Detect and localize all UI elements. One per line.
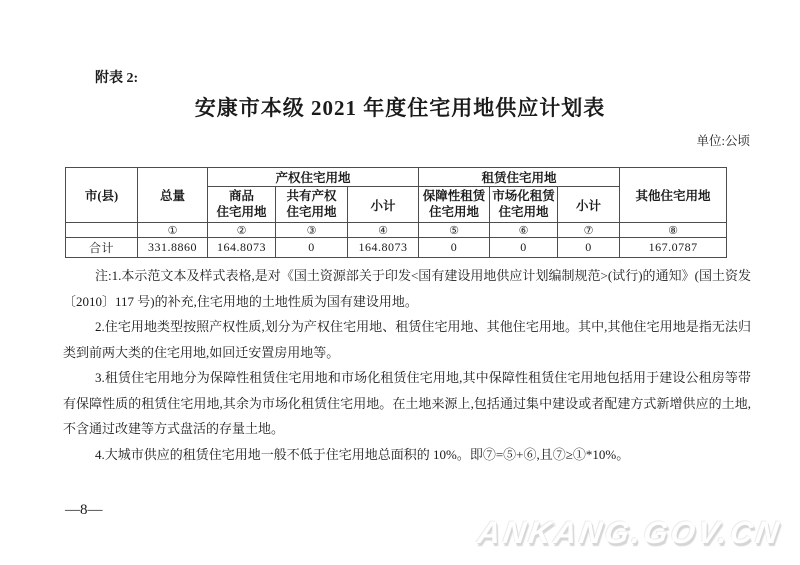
index-6: ⑥ xyxy=(490,223,558,238)
unit-label: 单位:公顷 xyxy=(697,131,750,149)
data-property-subtotal: 164.8073 xyxy=(348,238,419,258)
index-7: ⑦ xyxy=(558,223,620,238)
note-1: 注:1.本示范文本及样式表格,是对《国土资源部关于印发<国有建设用地供应计划编制… xyxy=(63,263,751,314)
land-supply-table: 市(县) 总量 产权住宅用地 租赁住宅用地 其他住宅用地 商品 住宅用地 共有产… xyxy=(65,167,727,258)
index-1: ① xyxy=(138,223,208,238)
data-market-rental: 0 xyxy=(490,238,558,258)
data-rental-subtotal: 0 xyxy=(558,238,620,258)
notes-section: 注:1.本示范文本及样式表格,是对《国土资源部关于印发<国有建设用地供应计划编制… xyxy=(63,263,751,467)
note-2: 2.住宅用地类型按照产权性质,划分为产权住宅用地、租赁住宅用地、其他住宅用地。其… xyxy=(63,314,751,365)
index-8: ⑧ xyxy=(620,223,727,238)
index-3: ③ xyxy=(276,223,348,238)
index-5: ⑤ xyxy=(419,223,490,238)
table-data-row: 合计 331.8860 164.8073 0 164.8073 0 0 0 16… xyxy=(66,238,727,258)
header-rental-group: 租赁住宅用地 xyxy=(419,168,620,187)
page-title: 安康市本级 2021 年度住宅用地供应计划表 xyxy=(0,92,800,122)
data-row-label: 合计 xyxy=(66,238,138,258)
data-other: 167.0787 xyxy=(620,238,727,258)
header-rental-subtotal: 小计 xyxy=(558,187,620,223)
data-shared-property: 0 xyxy=(276,238,348,258)
watermark-text: ANKANG.GOV.CN xyxy=(475,515,783,551)
header-property-subtotal: 小计 xyxy=(348,187,419,223)
header-other: 其他住宅用地 xyxy=(620,168,727,223)
data-total: 331.8860 xyxy=(138,238,208,258)
header-total: 总量 xyxy=(138,168,208,223)
index-empty-cell xyxy=(66,223,138,238)
header-market-rental: 市场化租赁 住宅用地 xyxy=(490,187,558,223)
table-index-row: ① ② ③ ④ ⑤ ⑥ ⑦ ⑧ xyxy=(66,223,727,238)
header-commodity: 商品 住宅用地 xyxy=(208,187,276,223)
header-shared-property: 共有产权 住宅用地 xyxy=(276,187,348,223)
note-4: 4.大城市供应的租赁住宅用地一般不低于住宅用地总面积的 10%。即⑦=⑤+⑥,且… xyxy=(63,442,751,468)
note-3: 3.租赁住宅用地分为保障性租赁住宅用地和市场化租赁住宅用地,其中保障性租赁住宅用… xyxy=(63,365,751,442)
table-header-group-row: 市(县) 总量 产权住宅用地 租赁住宅用地 其他住宅用地 xyxy=(66,168,727,187)
index-4: ④ xyxy=(348,223,419,238)
data-commodity: 164.8073 xyxy=(208,238,276,258)
header-property-group: 产权住宅用地 xyxy=(208,168,419,187)
index-2: ② xyxy=(208,223,276,238)
attachment-label: 附表 2: xyxy=(95,67,138,87)
header-city-county: 市(县) xyxy=(66,168,138,223)
page-number: —8— xyxy=(65,502,103,519)
data-guaranteed-rental: 0 xyxy=(419,238,490,258)
header-guaranteed-rental: 保障性租赁 住宅用地 xyxy=(419,187,490,223)
